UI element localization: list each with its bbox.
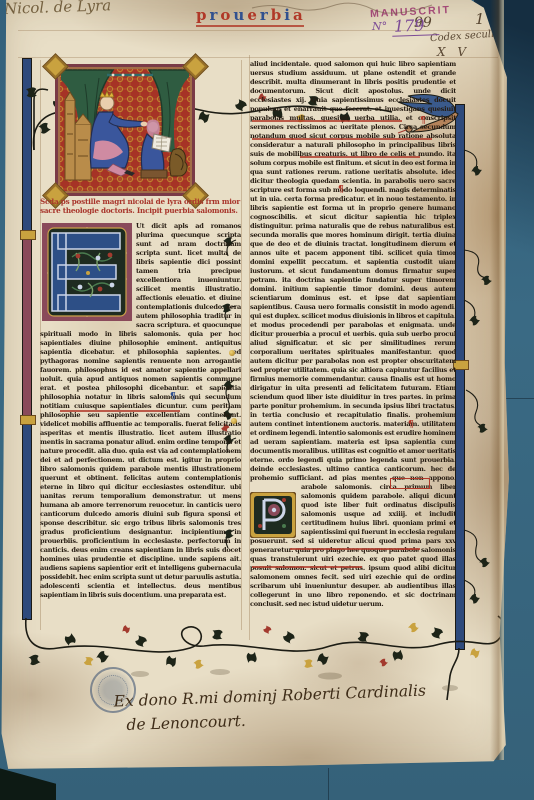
rubrication-underline xyxy=(300,156,420,158)
rubrication-underline xyxy=(290,548,420,550)
gold-bezant xyxy=(229,350,235,356)
backdrop-seam xyxy=(328,768,329,800)
pilcrow-mark: ¶ xyxy=(338,185,344,195)
pilcrow-mark: ¶ xyxy=(420,116,426,126)
text-column-right: aliud incidentale. quod salomon qui huic… xyxy=(250,60,456,648)
pilcrow-mark: ¶ xyxy=(408,420,414,430)
gold-bezant xyxy=(231,418,237,424)
rubrication-underline xyxy=(252,566,362,568)
pilcrow-mark-blue: ¶ xyxy=(170,392,176,402)
initial-spacer xyxy=(250,483,298,531)
rubric-line: sacre theologie doctoris. Incipit puerbi… xyxy=(40,206,246,215)
miniature-solomon-teaching xyxy=(55,64,195,196)
rubrication-box xyxy=(390,478,430,489)
rubric-line: Scda ps postille magri nicolai de lyra o… xyxy=(40,197,246,206)
initial-spacer xyxy=(40,222,132,322)
eagle-lectern xyxy=(170,149,187,176)
rubrication-underline xyxy=(60,410,180,412)
backdrop-dark-corner xyxy=(0,764,56,800)
rubrication-underline xyxy=(252,120,402,122)
parchment-page: Nicol. de Lyra 99 1 Codex seculi X V MAN… xyxy=(0,0,512,772)
text-column-left: Ut dicit apls ad romanos plurima quecunq… xyxy=(40,222,241,628)
faint-inscription xyxy=(252,3,432,13)
manuscript-photograph: Nicol. de Lyra 99 1 Codex seculi X V MAN… xyxy=(0,0,534,800)
page-edge-highlight xyxy=(490,0,504,760)
rubrication-underline xyxy=(252,138,432,140)
